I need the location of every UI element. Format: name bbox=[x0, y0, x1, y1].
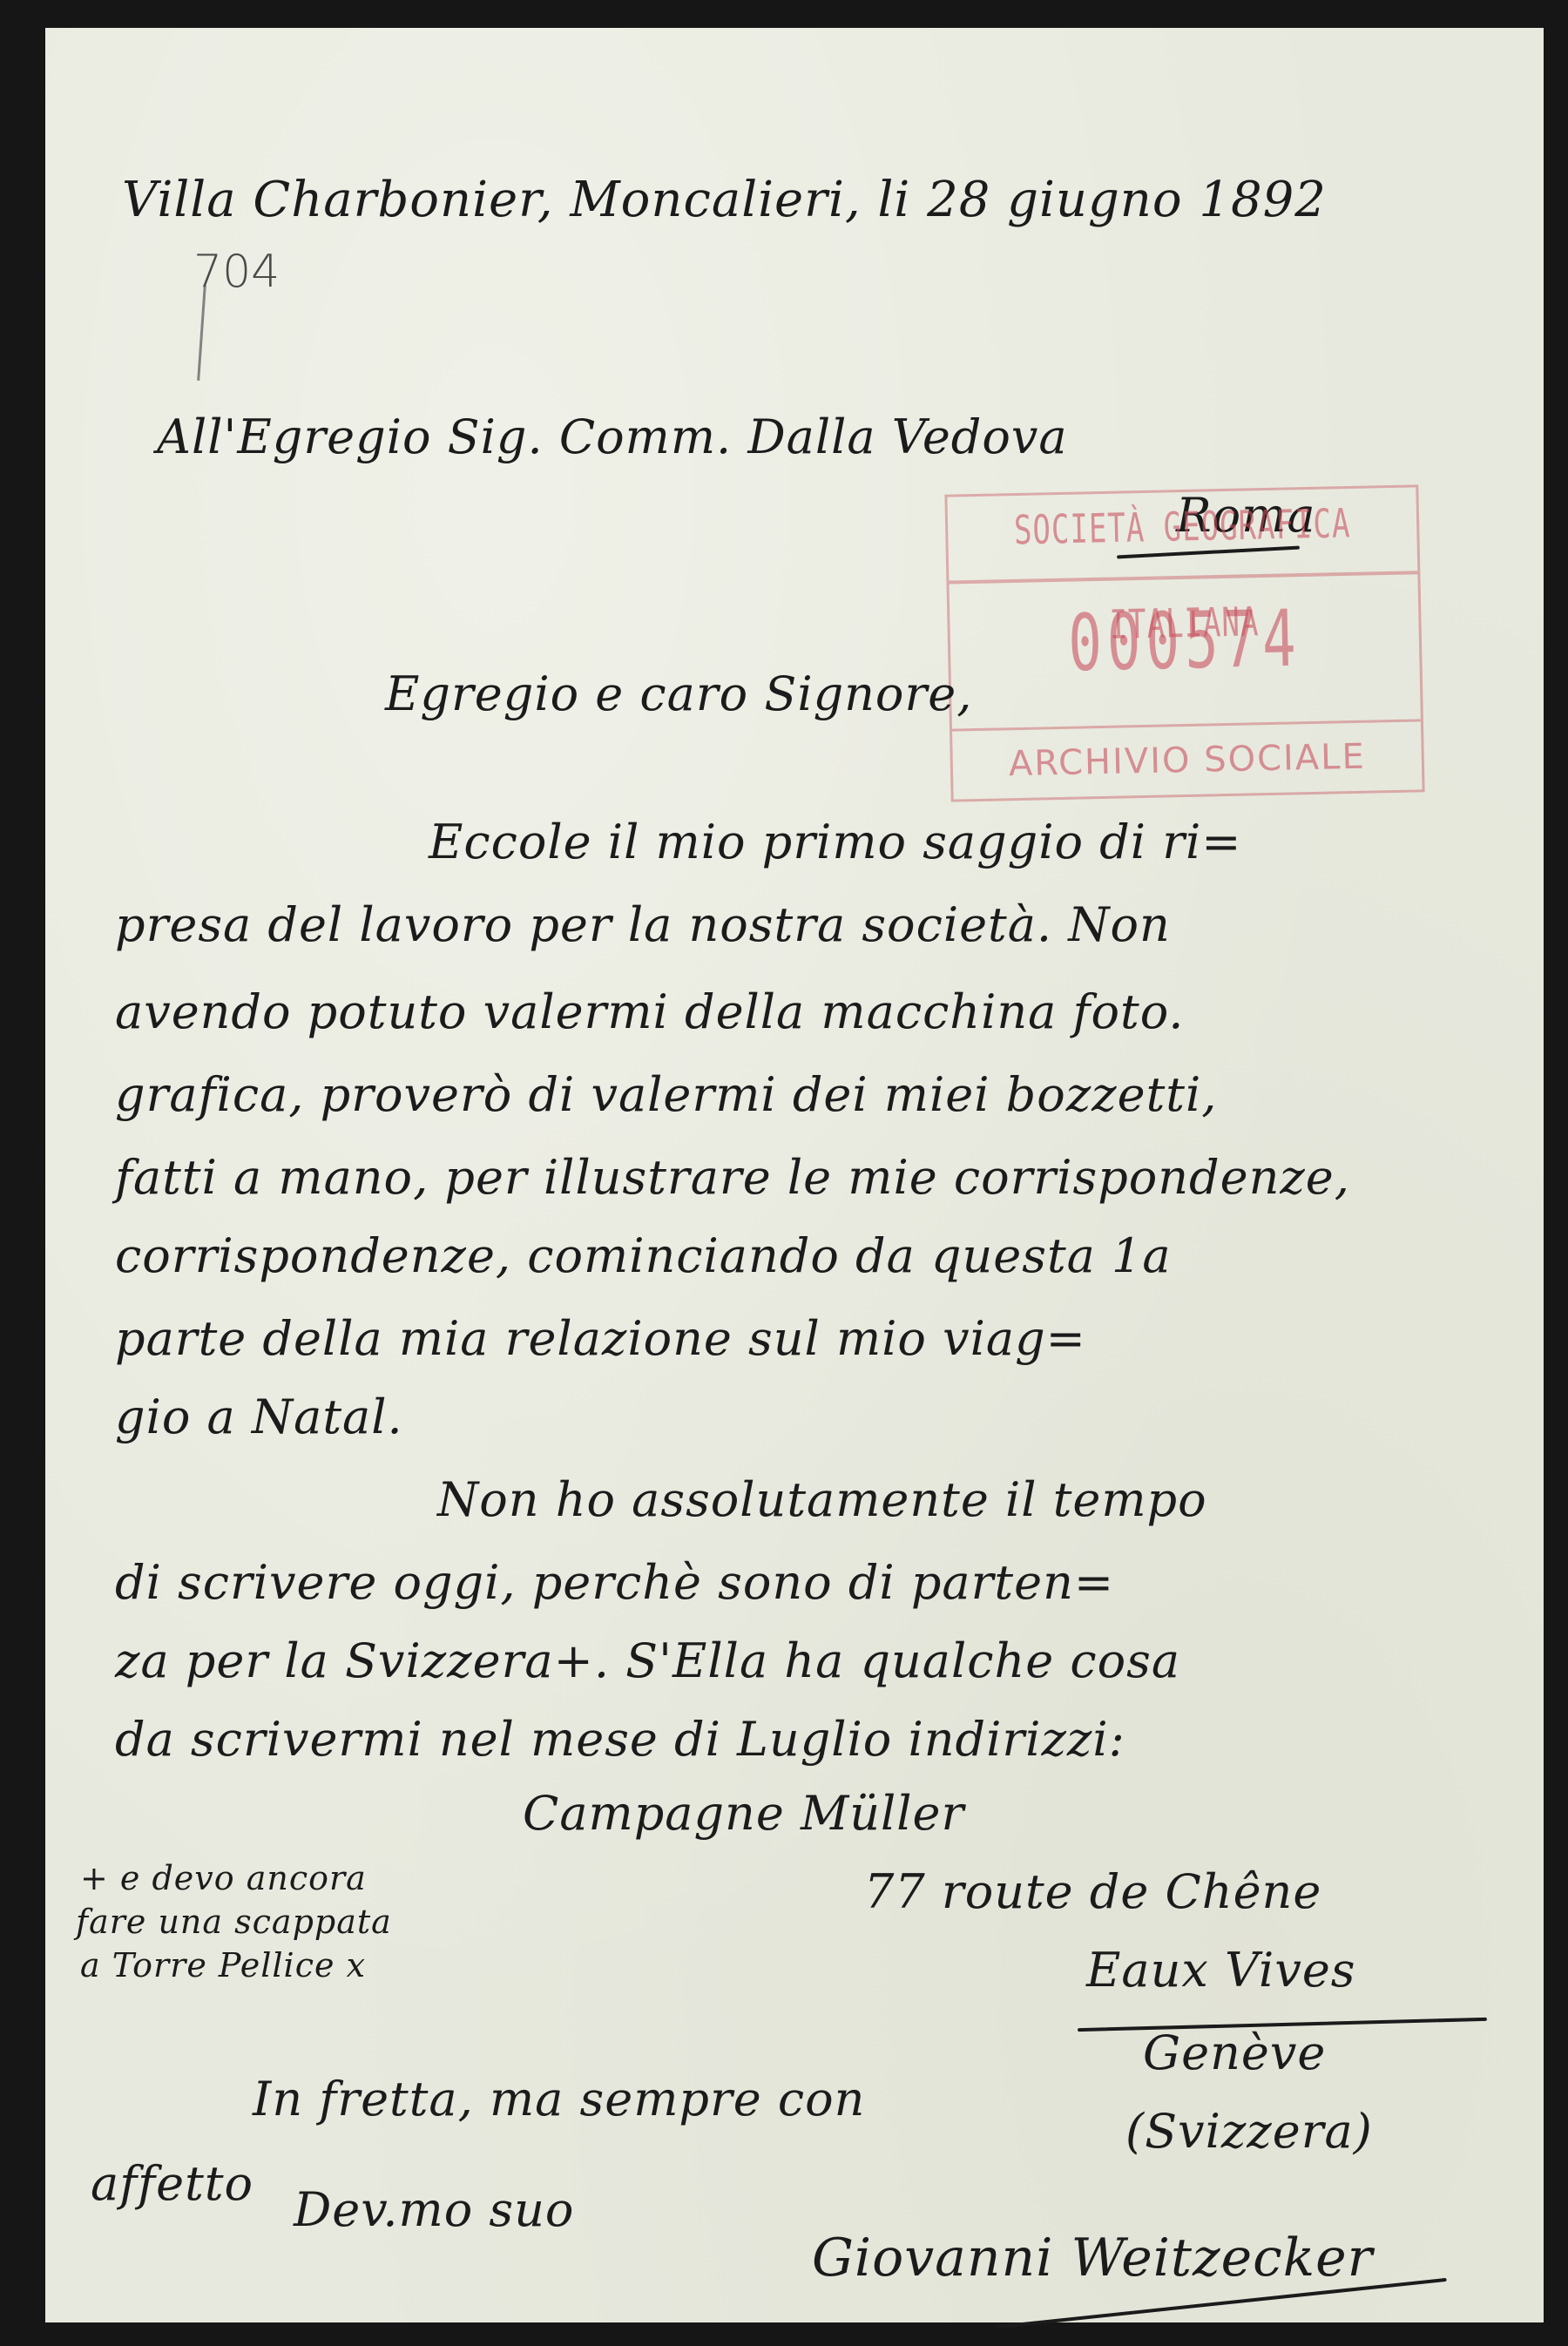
body-line-8: gio a Natal. bbox=[115, 1391, 403, 1443]
return-country: (Svizzera) bbox=[1125, 2106, 1373, 2158]
archive-pencil-number: 704 bbox=[193, 246, 280, 298]
return-locality: Eaux Vives bbox=[1086, 1944, 1356, 1997]
footnote-line-3: a Torre Pellice x bbox=[80, 1943, 366, 1988]
body-line-7: parte della mia relazione sul mio viag= bbox=[115, 1313, 1086, 1365]
body-line-2: presa del lavoro per la nostra società. … bbox=[115, 899, 1171, 951]
recipient-line: All'Egregio Sig. Comm. Dalla Vedova bbox=[157, 411, 1068, 463]
salutation: Egregio e caro Signore, bbox=[385, 668, 972, 720]
body-line-3: avendo potuto valermi della macchina fot… bbox=[115, 986, 1184, 1038]
closing-line-1: In fretta, ma sempre con bbox=[253, 2073, 865, 2126]
footnote-line-1: + e devo ancora bbox=[80, 1856, 367, 1901]
closing-line-3: Dev.mo suo bbox=[294, 2184, 574, 2236]
body-line-12: da scrivermi nel mese di Luglio indirizz… bbox=[115, 1714, 1125, 1766]
closing-line-2: affetto bbox=[91, 2158, 253, 2210]
body-line-5: fatti a mano, per illustrare le mie corr… bbox=[115, 1152, 1350, 1204]
place-date-line: Villa Charbonier, Moncalieri, li 28 giug… bbox=[122, 174, 1327, 226]
stamp-archive-label: ARCHIVIO SOCIALE bbox=[952, 719, 1423, 799]
signature: Giovanni Weitzecker bbox=[812, 2232, 1373, 2284]
footnote-line-2: fare una scappata bbox=[76, 1899, 392, 1944]
body-line-9: Non ho assolutamente il tempo bbox=[437, 1474, 1207, 1526]
letter-page: Villa Charbonier, Moncalieri, li 28 giug… bbox=[45, 28, 1544, 2322]
body-line-10: di scrivere oggi, perchè sono di parten= bbox=[115, 1557, 1114, 1609]
body-line-11: za per la Svizzera+. S'Ella ha qualche c… bbox=[115, 1635, 1180, 1687]
stamp-number: 000574 bbox=[950, 592, 1420, 693]
pencil-mark bbox=[197, 285, 206, 381]
stamp-society-name: SOCIETÀ GEOGRAFICA ITALIANA bbox=[947, 475, 1417, 585]
return-city: Genève bbox=[1143, 2027, 1326, 2079]
body-line-1: Eccole il mio primo saggio di ri= bbox=[429, 816, 1242, 869]
body-line-13: Campagne Müller bbox=[523, 1788, 964, 1840]
return-street: 77 route de Chêne bbox=[864, 1866, 1321, 1918]
archive-stamp: SOCIETÀ GEOGRAFICA ITALIANA 000574 ARCHI… bbox=[944, 484, 1424, 801]
body-line-6: corrispondenze, cominciando da questa 1a bbox=[115, 1230, 1172, 1282]
body-line-4: grafica, proverò di valermi dei miei boz… bbox=[115, 1069, 1217, 1121]
